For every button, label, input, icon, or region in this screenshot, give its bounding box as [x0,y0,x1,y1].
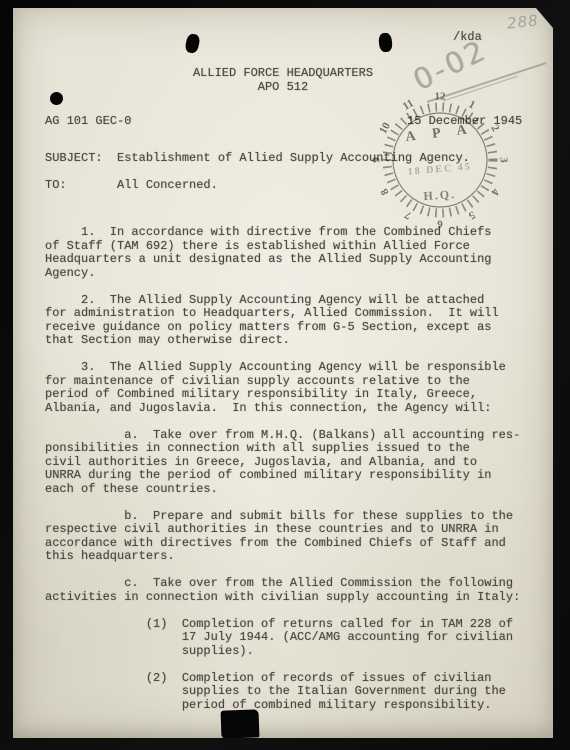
stamp-date-text: 18 DEC 45 [407,161,472,178]
stamp-apa-text: A P A [405,122,475,145]
stamp-dial-number: 1 [466,98,477,111]
staple-mark [378,32,393,52]
stamp-hq-text: H.Q. [423,187,457,203]
stamp-dial-number: 12 [435,91,447,103]
body-text: 1. In accordance with directive from the… [45,226,520,712]
stamp-dial-number: 5 [466,208,477,221]
stamp-dial-number: 8 [378,186,391,197]
document-page: 288 /kda 0-02 ALLIED FORCE HEADQUARTERS … [13,8,553,738]
scan-background: 288 /kda 0-02 ALLIED FORCE HEADQUARTERS … [0,0,570,750]
stamp-dial-number: 4 [488,186,501,197]
stamp-dial-number: 6 [437,217,443,229]
tape-mark [221,709,260,738]
stamp-dial-number: 2 [488,123,501,134]
stamp-dial-number: 3 [497,157,509,163]
staple-mark [184,33,201,54]
stamp-dial-number: 7 [402,208,413,221]
file-reference: AG 101 GEC-0 [45,114,131,128]
stamp-dial-number: 9 [371,157,383,163]
punch-hole-mark [50,92,63,105]
page-number-pencil: 288 [506,11,539,32]
received-stamp-icon: 12 1 2 3 4 5 6 7 8 9 10 11 A P A 18 DEC … [355,75,525,245]
stamp-dial-number: 10 [377,120,393,136]
